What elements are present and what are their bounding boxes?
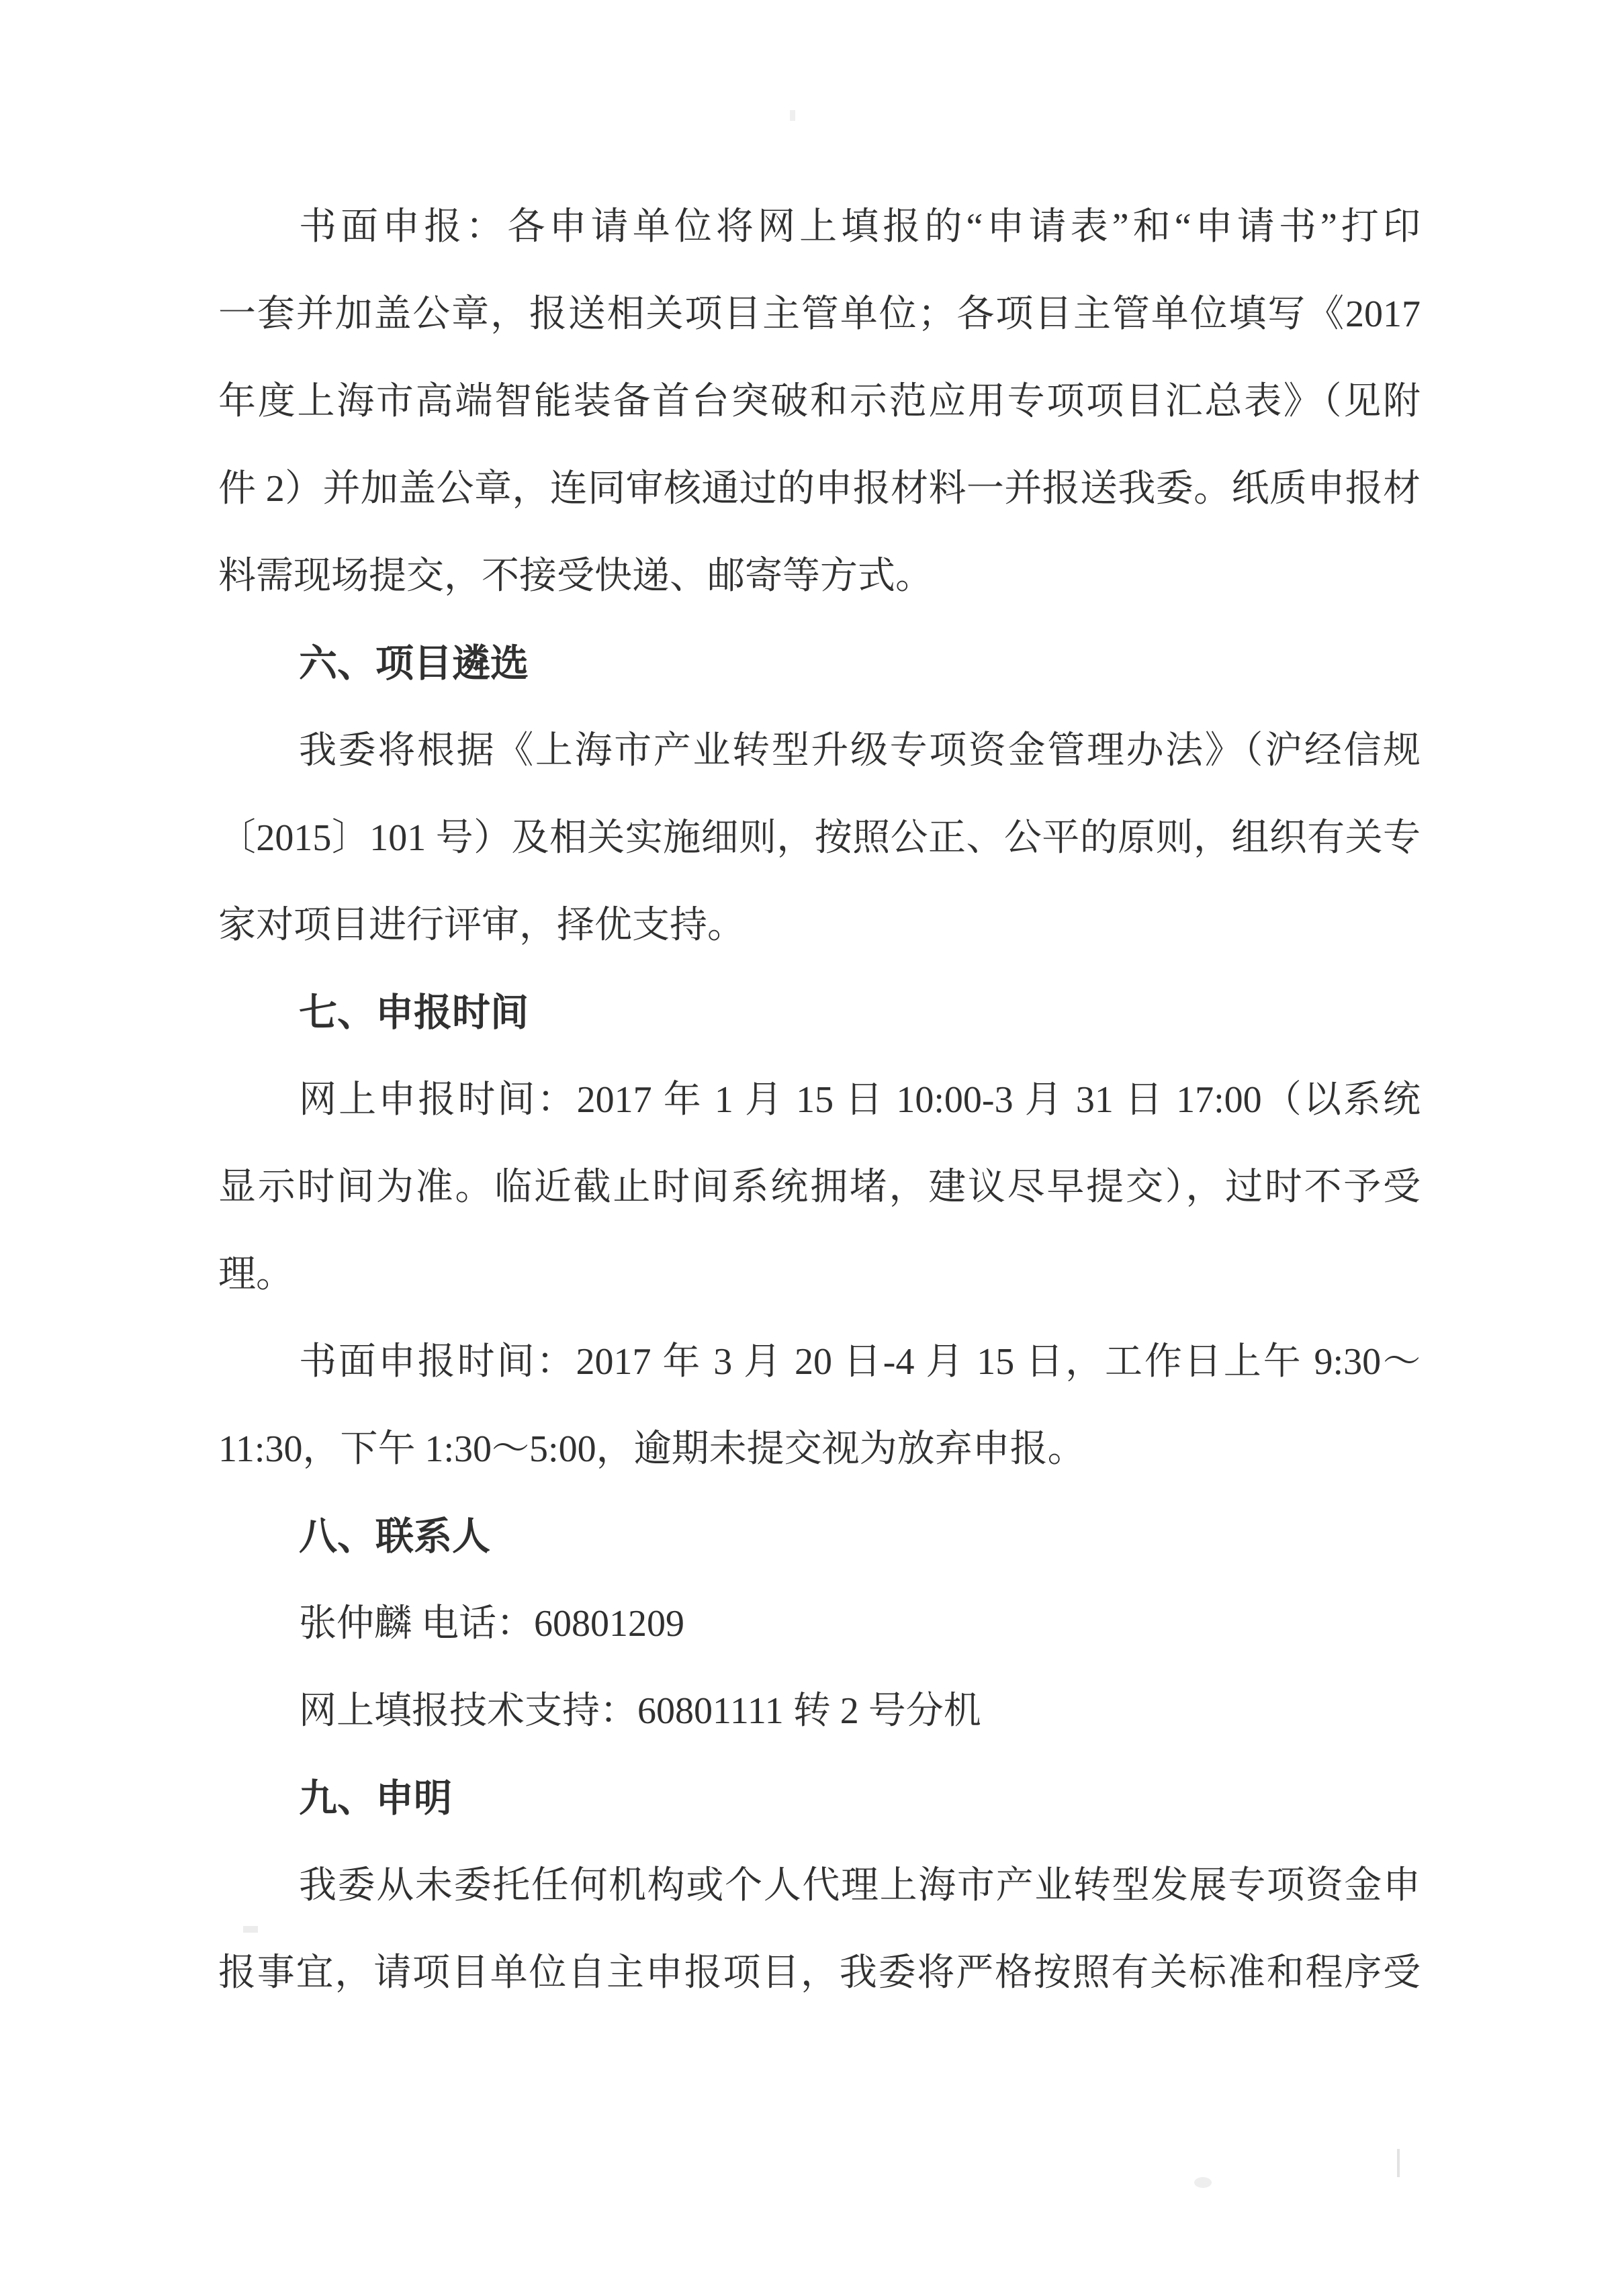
scan-artifact (790, 110, 795, 121)
document-body: 书面申报：各申请单位将网上填报的“申请表”和“申请书”打印 一套并加盖公章，报送… (218, 183, 1421, 2017)
text-line: 书面申报时间：2017 年 3 月 20 日-4 月 15 日，工作日上午 9:… (218, 1318, 1421, 1406)
tech-support-line: 网上填报技术支持：60801111 转 2 号分机 (218, 1667, 1421, 1755)
text-line: 报事宜，请项目单位自主申报项目，我委将严格按照有关标准和程序受 (218, 1929, 1421, 2017)
text-line: 我委从未委托任何机构或个人代理上海市产业转型发展专项资金申 (218, 1842, 1421, 1929)
heading-contacts: 八、联系人 (218, 1493, 1421, 1580)
text-line: 11:30，下午 1:30～5:00，逾期未提交视为放弃申报。 (218, 1406, 1421, 1493)
text-line: 年度上海市高端智能装备首台突破和示范应用专项项目汇总表》（见附 (218, 358, 1421, 445)
text-line: 料需现场提交，不接受快递、邮寄等方式。 (218, 533, 1421, 620)
text-line: 〔2015〕101 号）及相关实施细则，按照公正、公平的原则，组织有关专 (218, 794, 1421, 882)
heading-statement: 九、申明 (218, 1755, 1421, 1842)
document-page: 书面申报：各申请单位将网上填报的“申请表”和“申请书”打印 一套并加盖公章，报送… (0, 0, 1618, 2296)
text-line: 显示时间为准。临近截止时间系统拥堵，建议尽早提交），过时不予受 (218, 1144, 1421, 1231)
text-line: 理。 (218, 1231, 1421, 1318)
text-line: 件 2）并加盖公章，连同审核通过的申报材料一并报送我委。纸质申报材 (218, 445, 1421, 533)
text-line: 我委将根据《上海市产业转型升级专项资金管理办法》（沪经信规 (218, 707, 1421, 794)
text-line: 一套并加盖公章，报送相关项目主管单位；各项目主管单位填写《2017 (218, 271, 1421, 358)
scan-artifact (1397, 2149, 1400, 2177)
heading-project-selection: 六、项目遴选 (218, 620, 1421, 707)
text-line: 书面申报：各申请单位将网上填报的“申请表”和“申请书”打印 (218, 183, 1421, 271)
scan-artifact (1194, 2177, 1212, 2188)
heading-application-time: 七、申报时间 (218, 969, 1421, 1056)
text-line: 家对项目进行评审，择优支持。 (218, 882, 1421, 969)
text-line: 网上申报时间：2017 年 1 月 15 日 10:00-3 月 31 日 17… (218, 1056, 1421, 1144)
contact-phone-line: 张仲麟 电话：60801209 (218, 1580, 1421, 1667)
